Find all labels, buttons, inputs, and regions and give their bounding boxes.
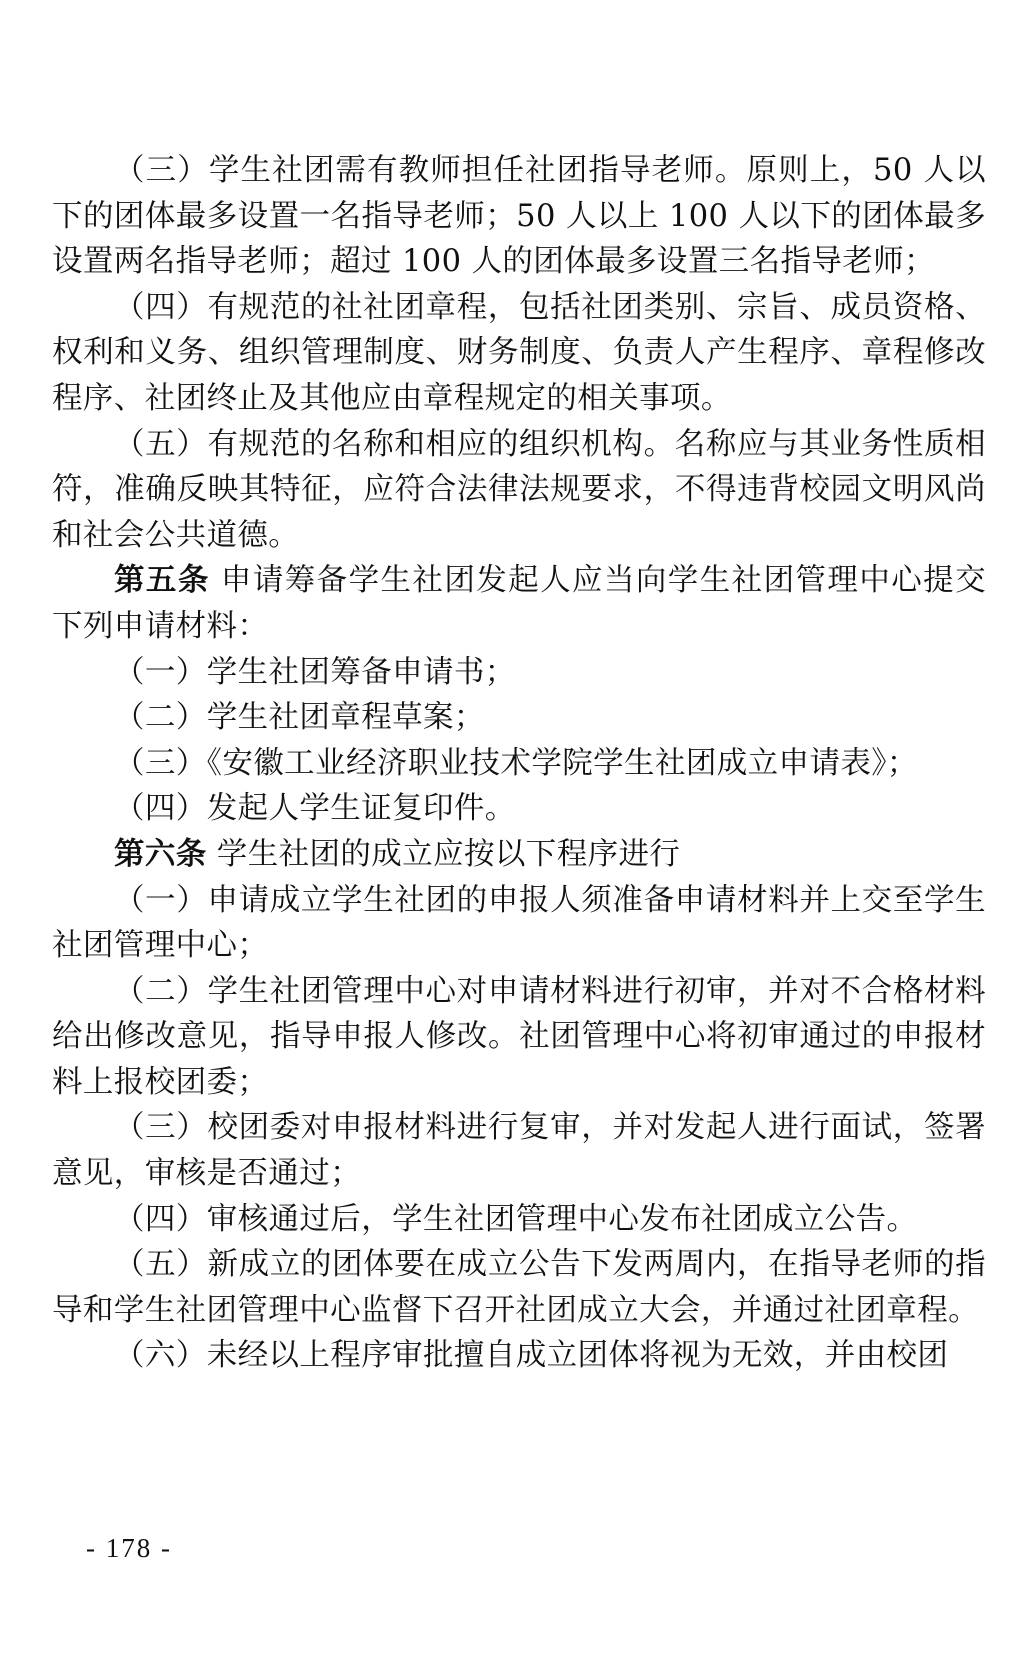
paragraph-step-4: （四）审核通过后，学生社团管理中心发布社团成立公告。: [52, 1197, 986, 1243]
article-5-heading: 第五条: [114, 562, 210, 598]
paragraph-name-requirement: （五）有规范的名称和相应的组织机构。名称应与其业务性质相符，准确反映其特征，应符…: [52, 422, 986, 559]
paragraph-step-5: （五）新成立的团体要在成立公告下发两周内，在指导老师的指导和学生社团管理中心监督…: [52, 1242, 986, 1333]
paragraph-step-2: （二）学生社团管理中心对申请材料进行初审，并对不合格材料给出修改意见，指导申报人…: [52, 969, 986, 1106]
article-6-heading: 第六条: [114, 836, 207, 872]
article-6-text: 学生社团的成立应按以下程序进行: [207, 837, 681, 872]
page-number: - 178 -: [86, 1533, 172, 1564]
paragraph-step-6: （六）未经以上程序审批擅自成立团体将视为无效，并由校团: [52, 1333, 986, 1379]
paragraph-charter-requirement: （四）有规范的社社团章程，包括社团类别、宗旨、成员资格、权利和义务、组织管理制度…: [52, 285, 986, 422]
paragraph-step-1: （一）申请成立学生社团的申报人须准备申请材料并上交至学生社团管理中心；: [52, 878, 986, 969]
list-item-application: （一）学生社团筹备申请书；: [52, 650, 986, 696]
document-page: （三）学生社团需有教师担任社团指导老师。原则上，50 人以下的团体最多设置一名指…: [52, 148, 986, 1379]
list-item-charter-draft: （二）学生社团章程草案；: [52, 695, 986, 741]
article-6: 第六条 学生社团的成立应按以下程序进行: [52, 832, 986, 878]
list-item-student-id: （四）发起人学生证复印件。: [52, 786, 986, 832]
paragraph-advisor-requirement: （三）学生社团需有教师担任社团指导老师。原则上，50 人以下的团体最多设置一名指…: [52, 148, 986, 285]
article-5: 第五条 申请筹备学生社团发起人应当向学生社团管理中心提交下列申请材料：: [52, 558, 986, 649]
list-item-application-form: （三）《安徽工业经济职业技术学院学生社团成立申请表》；: [52, 741, 986, 787]
paragraph-step-3: （三）校团委对申报材料进行复审，并对发起人进行面试，签署意见，审核是否通过；: [52, 1105, 986, 1196]
